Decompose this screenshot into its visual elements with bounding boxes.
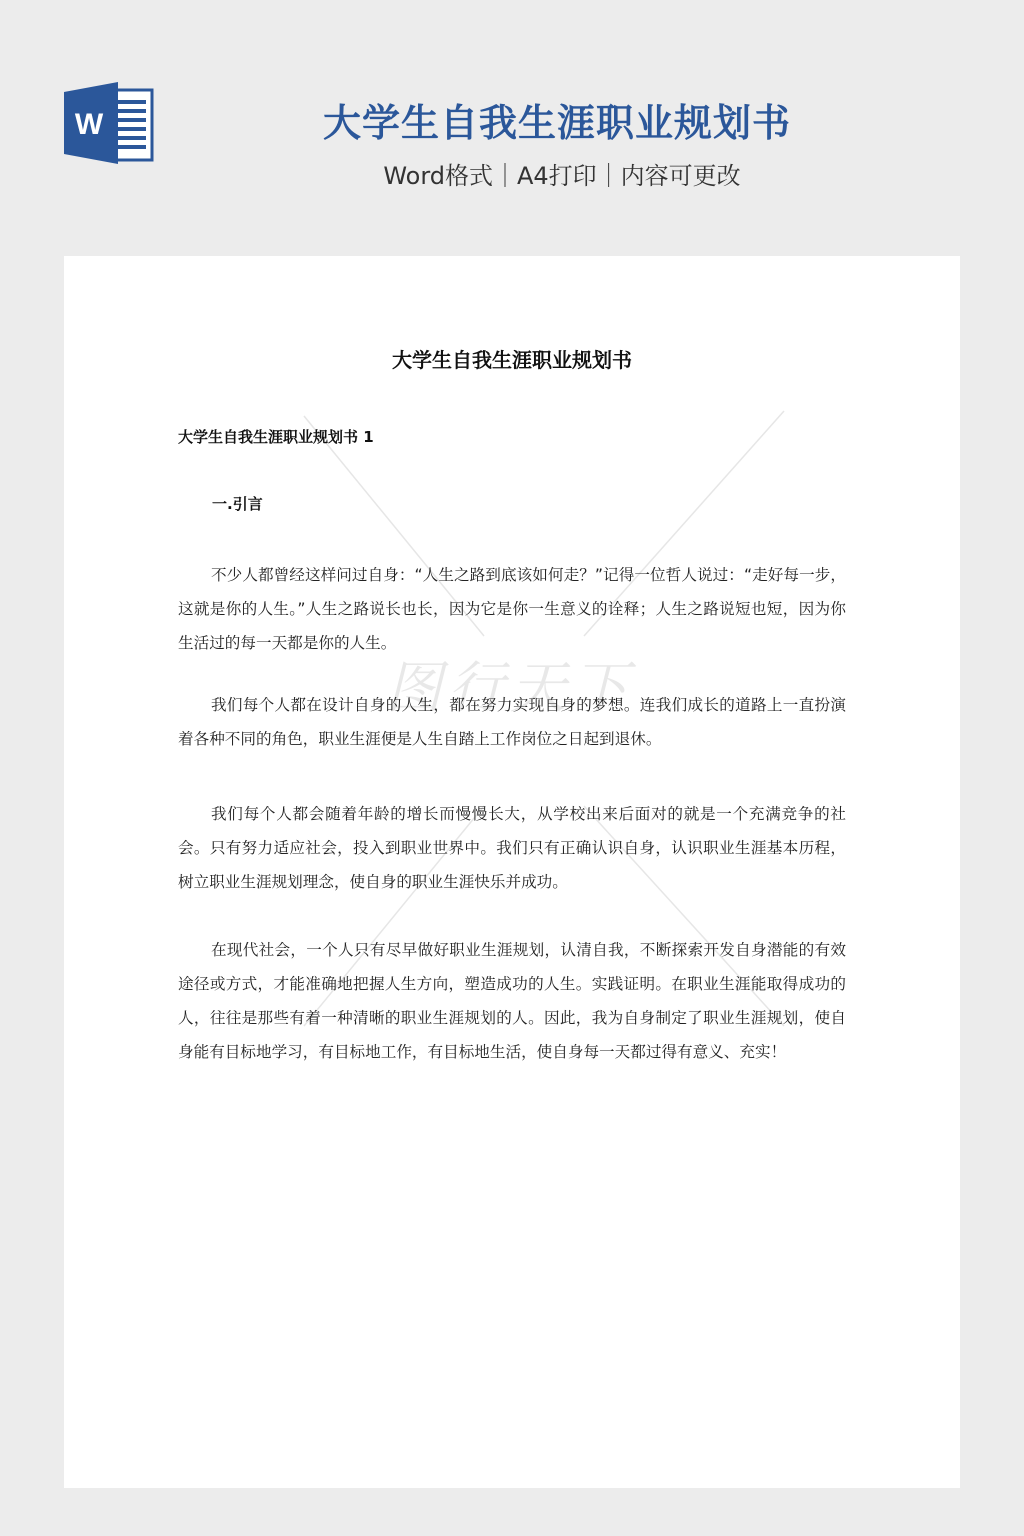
- paragraph: 在现代社会，一个人只有尽早做好职业生涯规划，认清自我，不断探索开发自身潜能的有效…: [178, 933, 846, 1069]
- sub-heading-introduction: 一.引言: [212, 493, 263, 514]
- document-page: 图行天下 大学生自我生涯职业规划书 大学生自我生涯职业规划书 1 一.引言 不少…: [64, 256, 960, 1488]
- paragraph: 我们每个人都在设计自身的人生，都在努力实现自身的梦想。连我们成长的道路上一直扮演…: [178, 688, 846, 756]
- section-title: 大学生自我生涯职业规划书 1: [178, 426, 374, 447]
- paragraph: 我们每个人都会随着年龄的增长而慢慢长大，从学校出来后面对的就是一个充满竞争的社会…: [178, 797, 846, 899]
- header-title: 大学生自我生涯职业规划书: [0, 92, 1024, 147]
- paragraph: 不少人都曾经这样问过自身：“人生之路到底该如何走？”记得一位哲人说过：“走好每一…: [178, 558, 846, 660]
- document-title: 大学生自我生涯职业规划书: [64, 344, 960, 373]
- header-subtitle: Word格式｜A4打印｜内容可更改: [0, 156, 1024, 191]
